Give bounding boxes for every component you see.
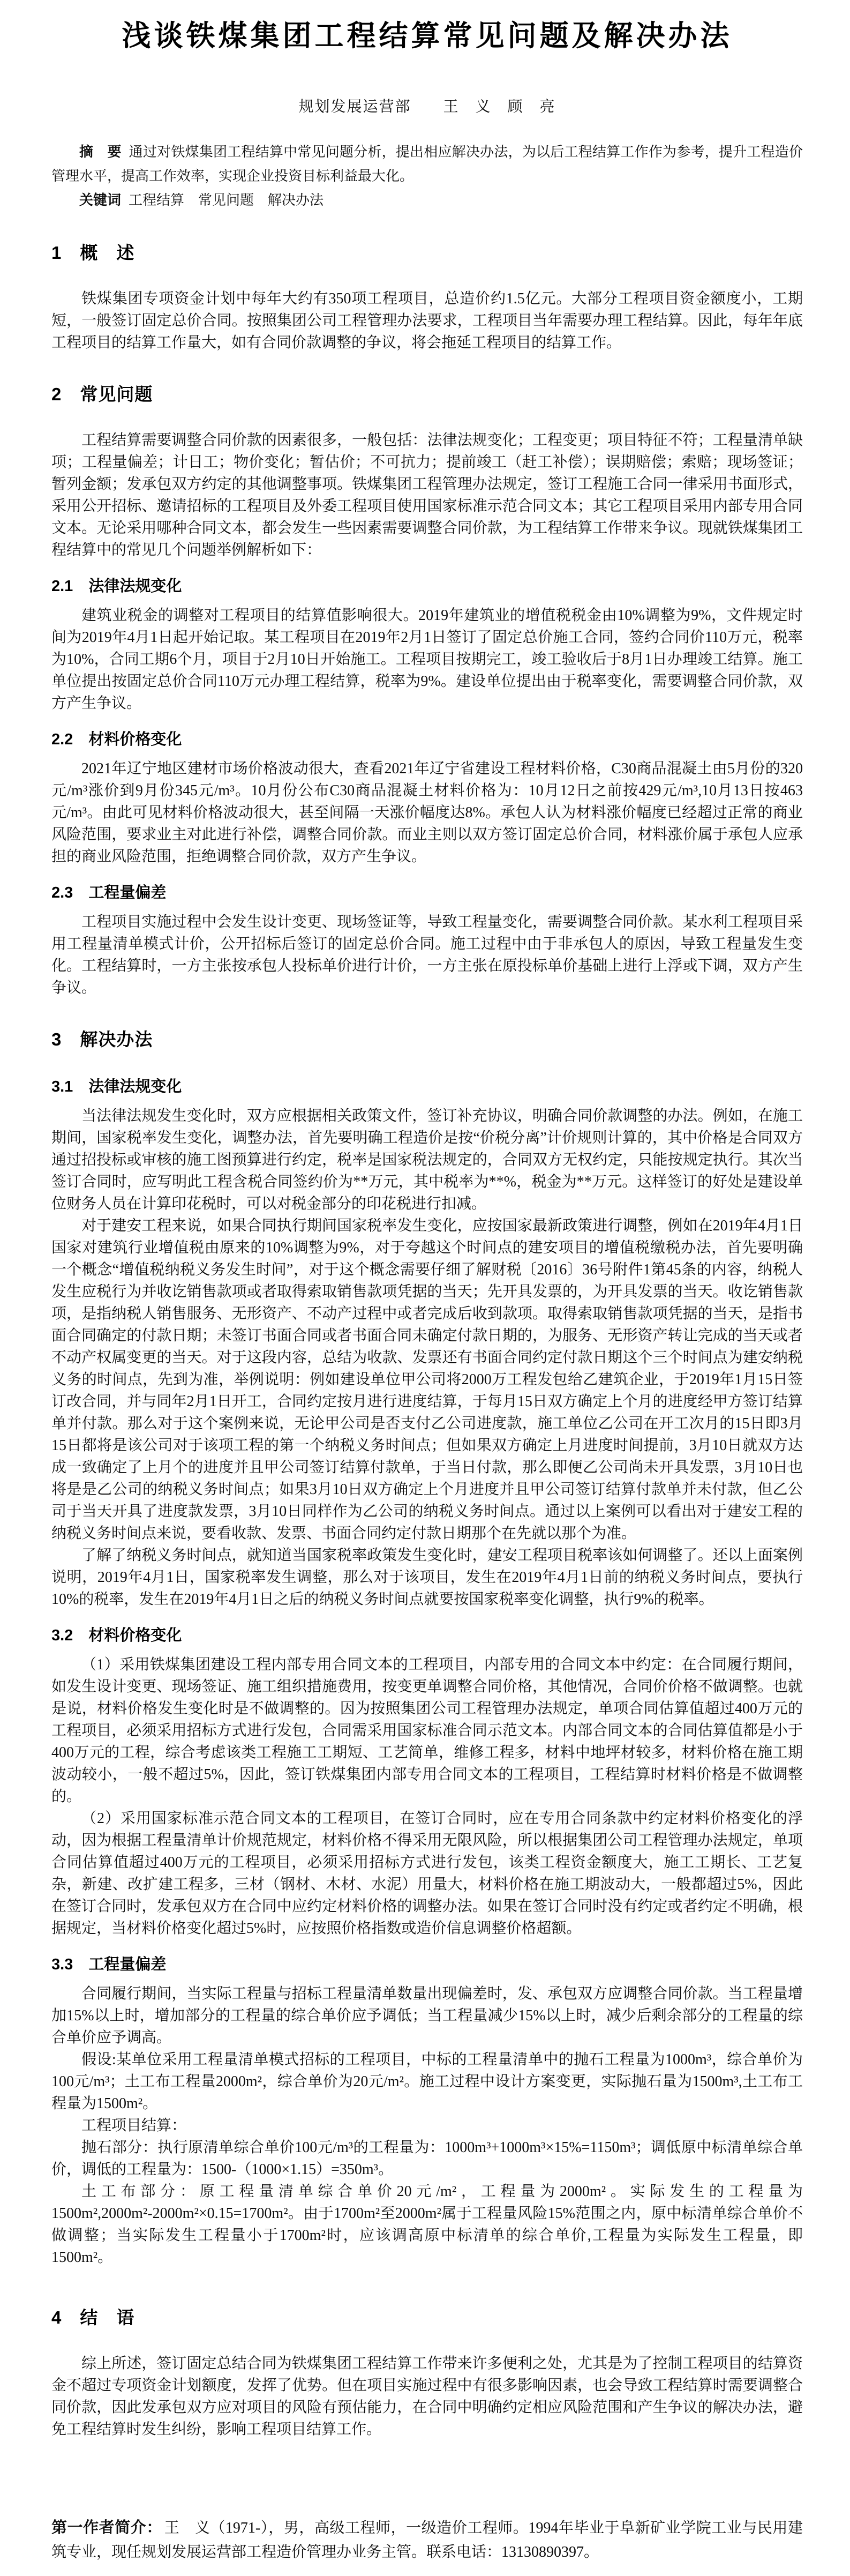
paragraph: 2021年辽宁地区建材市场价格波动很大，查看2021年辽宁省建设工程材料价格，C… — [51, 758, 803, 868]
paragraph: 综上所述，签订固定总结合同为铁煤集团工程结算工作带来许多便利之处，尤其是为了控制… — [51, 2353, 803, 2440]
paragraph: 工程项目结算： — [51, 2115, 803, 2137]
author-bio-label: 第一作者简介： — [51, 2519, 162, 2536]
paragraph: （1）采用铁煤集团建设工程内部专用合同文本的工程项目，内部专用的合同文本中约定：… — [51, 1654, 803, 1808]
subsection-heading-3-2: 3.2 材料价格变化 — [51, 1623, 803, 1645]
section-heading-3: 3 解决办法 — [51, 1026, 803, 1051]
paragraph: 土工布部分：原工程量清单综合单价20元/m²，工程量为2000m²。实际发生的工… — [51, 2181, 803, 2268]
paragraph: 建筑业税金的调整对工程项目的结算值影响很大。2019年建筑业的增值税税金由10%… — [51, 604, 803, 714]
keywords-paragraph: 关键词工程结算 常见问题 解决办法 — [51, 188, 803, 212]
keywords-label: 关键词 — [79, 192, 121, 208]
paragraph: 假设:某单位采用工程量清单模式招标的工程项目，中标的工程量清单中的抛石工程量为1… — [51, 2049, 803, 2115]
paragraph: 工程项目实施过程中会发生设计变更、现场签证等，导致工程量变化，需要调整合同价款。… — [51, 911, 803, 999]
section-heading-4: 4 结 语 — [51, 2304, 803, 2329]
subsection-heading-2-1: 2.1 法律法规变化 — [51, 574, 803, 596]
paragraph: （2）采用国家标准示范合同文本的工程项目，在签订合同时，应在专用合同条款中约定材… — [51, 1808, 803, 1939]
author-bio-text: 王 义（1971-），男，高级工程师，一级造价工程师。1994年毕业于阜新矿业学… — [51, 2520, 803, 2560]
paragraph: 抛石部分：执行原清单综合单价100元/m³的工程量为：1000m³+1000m³… — [51, 2137, 803, 2181]
page-title: 浅谈铁煤集团工程结算常见问题及解决办法 — [51, 13, 803, 54]
paragraph: 当法律法规发生变化时，双方应根据相关政策文件，签订补充协议，明确合同价款调整的办… — [51, 1105, 803, 1215]
section-heading-2: 2 常见问题 — [51, 380, 803, 406]
byline: 规划发展运营部 王 义 顾 亮 — [51, 95, 803, 116]
subsection-heading-2-2: 2.2 材料价格变化 — [51, 727, 803, 749]
paragraph: 合同履行期间，当实际工程量与招标工程量清单数量出现偏差时，发、承包双方应调整合同… — [51, 1983, 803, 2049]
abstract-text: 通过对铁煤集团工程结算中常见问题分析，提出相应解决办法，为以后工程结算工作作为参… — [51, 144, 803, 184]
paragraph: 对于建安工程来说，如果合同执行期间国家税率发生变化，应按国家最新政策进行调整，例… — [51, 1215, 803, 1544]
keywords-text: 工程结算 常见问题 解决办法 — [129, 192, 324, 208]
paragraph: 工程结算需要调整合同价款的因素很多，一般包括：法律法规变化；工程变更；项目特征不… — [51, 429, 803, 561]
subsection-heading-3-3: 3.3 工程量偏差 — [51, 1952, 803, 1974]
paragraph: 了解了纳税义务时间点，就知道当国家税率政策发生变化时，建安工程项目税率该如何调整… — [51, 1544, 803, 1610]
section-heading-1: 1 概 述 — [51, 239, 803, 264]
document-page: 浅谈铁煤集团工程结算常见问题及解决办法 规划发展运营部 王 义 顾 亮 摘 要通… — [0, 0, 850, 2576]
subsection-heading-3-1: 3.1 法律法规变化 — [51, 1074, 803, 1096]
abstract-label: 摘 要 — [79, 144, 122, 160]
abstract-paragraph: 摘 要通过对铁煤集团工程结算中常见问题分析，提出相应解决办法，为以后工程结算工作… — [51, 140, 803, 188]
author-bio: 第一作者简介：王 义（1971-），男，高级工程师，一级造价工程师。1994年毕… — [51, 2516, 803, 2564]
subsection-heading-2-3: 2.3 工程量偏差 — [51, 880, 803, 902]
paragraph: 铁煤集团专项资金计划中每年大约有350项工程项目，总造价约1.5亿元。大部分工程… — [51, 288, 803, 354]
